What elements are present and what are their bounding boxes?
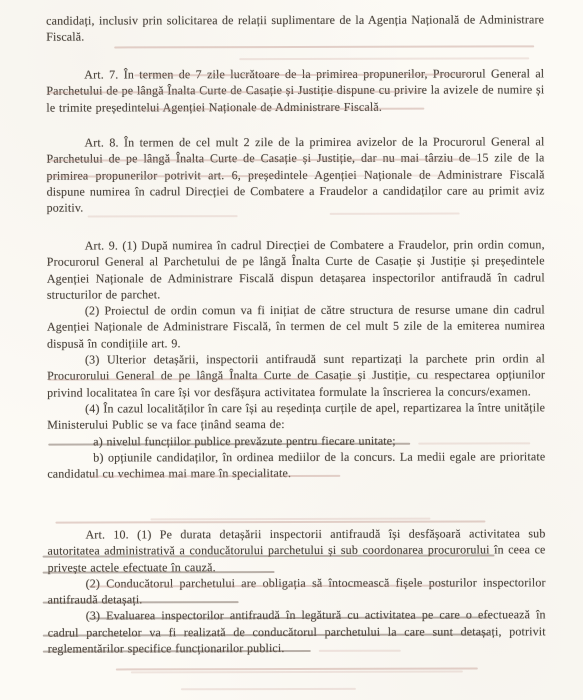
scanned-document-page: candidați, inclusiv prin solicitarea de … [0, 0, 583, 700]
scan-artifact-line [55, 520, 485, 523]
article-9-alin-2: (2) Proiectul de ordin comun va fi iniți… [47, 302, 545, 352]
intro-block: candidați, inclusiv prin solicitarea de … [46, 11, 544, 45]
scan-artifact-line [181, 688, 356, 690]
article-9-alin-4: (4) În cazul localităților în care își a… [47, 399, 545, 433]
scan-artifact-line [116, 668, 478, 671]
article-10-alin-1: Art. 10. (1) Pe durata detașării inspect… [47, 525, 545, 575]
article-9-block: Art. 9. (1) După numirea în cadrul Direc… [47, 236, 546, 482]
scan-artifact-line [150, 518, 430, 521]
article-9-alin-3: (3) Ulterior detașării, inspectorii anti… [47, 350, 545, 400]
article-8-block: Art. 8. În termen de cel mult 2 zile de … [46, 133, 544, 216]
article-10-alin-2: (2) Conducătorul parchetului are obligaț… [48, 574, 546, 608]
paragraph-continuation: candidați, inclusiv prin solicitarea de … [46, 11, 544, 45]
article-9-alin-1: Art. 9. (1) După numirea în cadrul Direc… [47, 236, 545, 302]
article-9-item-b: b) opțiunile candidaților, în ordinea me… [47, 448, 545, 482]
article-7-paragraph: Art. 7. În termen de 7 zile lucrătoare d… [46, 65, 544, 115]
article-10-block: Art. 10. (1) Pe durata detașării inspect… [47, 525, 545, 657]
article-10-alin-3: (3) Evaluarea inspectorilor antifraudă î… [48, 607, 546, 657]
article-8-paragraph: Art. 8. În termen de cel mult 2 zile de … [46, 133, 544, 216]
scan-artifact-line [239, 57, 529, 60]
scan-artifact-line [131, 671, 463, 674]
scan-artifact-line [114, 45, 534, 48]
article-7-block: Art. 7. În termen de 7 zile lucrătoare d… [46, 65, 544, 115]
document-text: candidați, inclusiv prin solicitarea de … [0, 0, 583, 700]
article-9-item-a: a) nivelul funcțiilor publice prevăzute … [47, 432, 545, 450]
